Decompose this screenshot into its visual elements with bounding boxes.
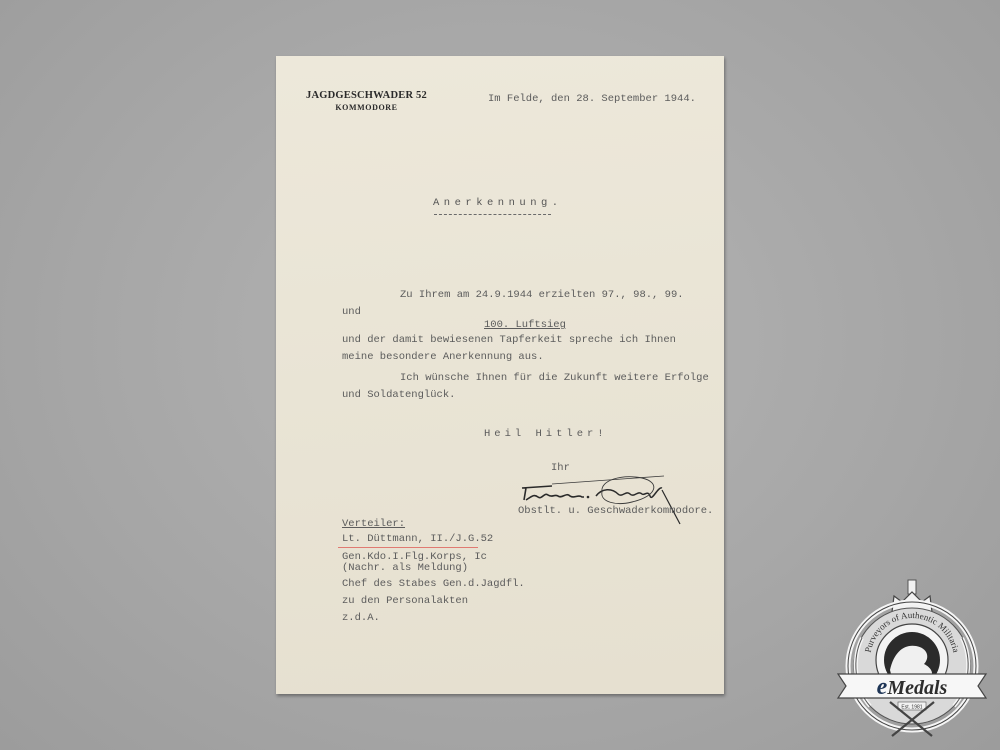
letterhead-role: KOMMODORE [306,103,427,112]
svg-text:eMedals: eMedals [877,674,948,700]
body-line-1: Zu Ihrem am 24.9.1944 erzielten 97., 98.… [400,289,684,301]
document-title: Anerkennung. [433,197,563,209]
letterhead-unit: JAGDGESCHWADER 52 [306,90,427,101]
signer-rank: Obstlt. u. Geschwaderkommodore. [518,505,713,517]
body-line-3: und der damit bewiesenen Tapferkeit spre… [342,334,676,346]
body-line-5: Ich wünsche Ihnen für die Zukunft weiter… [400,372,709,384]
distribution-recipient: (Nachr. als Meldung) [342,562,468,574]
body-line-4: meine besondere Anerkennung aus. [342,351,544,363]
letterhead: JAGDGESCHWADER 52 KOMMODORE [306,90,427,112]
emedals-watermark: eMedals Est. 1981 Purveyors of Authentic… [832,578,992,743]
victory-heading: 100. Luftsieg [484,319,566,331]
salutation: Heil Hitler! [484,428,608,440]
distribution-label: Verteiler: [342,518,405,530]
distribution-recipient: Chef des Stabes Gen.d.Jagdfl. [342,578,525,590]
emedals-crest-icon: eMedals Est. 1981 Purveyors of Authentic… [832,578,992,743]
body-line-6: und Soldatenglück. [342,389,455,401]
distribution-recipient: Lt. Düttmann, II./J.G.52 [342,533,493,545]
date-line: Im Felde, den 28. September 1944. [488,93,696,105]
svg-text:Est. 1981: Est. 1981 [901,705,922,711]
red-underline-highlight [338,547,478,548]
title-underline [434,214,551,215]
distribution-recipient: zu den Personalakten [342,595,468,607]
document-page: JAGDGESCHWADER 52 KOMMODORE Im Felde, de… [276,56,724,694]
body-line-2: und [342,306,361,318]
signature-icon [512,466,682,526]
distribution-recipient: z.d.A. [342,612,380,624]
